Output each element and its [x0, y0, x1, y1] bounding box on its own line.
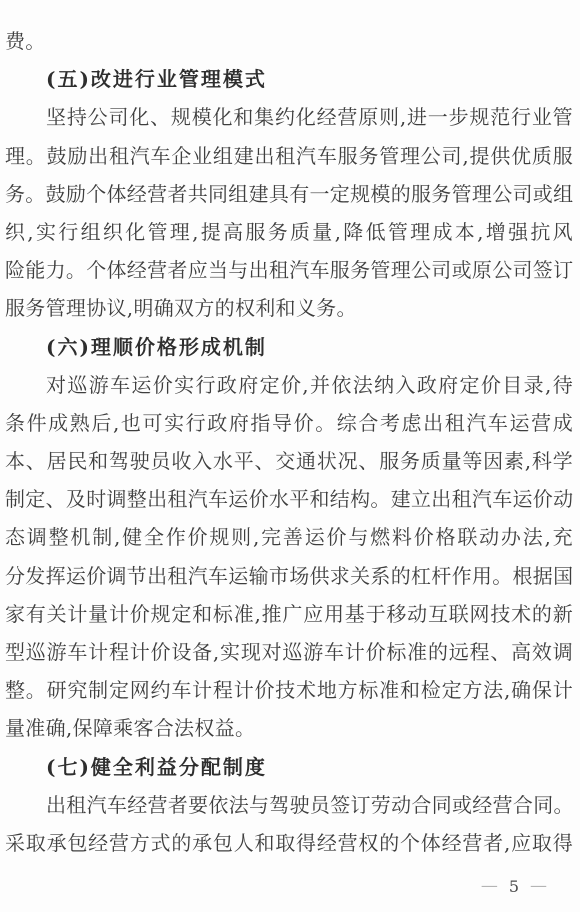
- text-line: 型巡游车计程计价设备,实现对巡游车计价标准的远程、高效调: [5, 633, 573, 671]
- text-line: 分发挥运价调节出租汽车运输市场供求关系的杠杆作用。根据国: [5, 557, 573, 595]
- text-line: 量准确,保障乘客合法权益。: [5, 709, 573, 747]
- footer-dash-left: —: [481, 876, 498, 896]
- document-page: 费。(五)改进行业管理模式坚持公司化、规模化和集约化经营原则,进一步规范行业管理…: [0, 0, 580, 912]
- text-line: 对巡游车运价实行政府定价,并依法纳入政府定价目录,待: [5, 366, 573, 404]
- text-line: 家有关计量计价规定和标准,推广应用基于移动互联网技术的新: [5, 595, 573, 633]
- text-line: 制定、及时调整出租汽车运价水平和结构。建立出租汽车运价动: [5, 480, 573, 518]
- text-line: 务。鼓励个体经营者共同组建具有一定规模的服务管理公司或组: [5, 175, 573, 213]
- section-heading: (五)改进行业管理模式: [5, 60, 573, 98]
- document-body: 费。(五)改进行业管理模式坚持公司化、规模化和集约化经营原则,进一步规范行业管理…: [5, 22, 573, 862]
- text-line: 费。: [5, 22, 573, 60]
- text-line: 坚持公司化、规模化和集约化经营原则,进一步规范行业管: [5, 98, 573, 136]
- text-line: 险能力。个体经营者应当与出租汽车服务管理公司或原公司签订: [5, 251, 573, 289]
- section-heading: (六)理顺价格形成机制: [5, 328, 573, 366]
- text-line: 整。研究制定网约车计程计价技术地方标准和检定方法,确保计: [5, 671, 573, 709]
- section-heading: (七)健全利益分配制度: [5, 748, 573, 786]
- text-line: 织,实行组织化管理,提高服务质量,降低管理成本,增强抗风: [5, 213, 573, 251]
- page-number: 5: [509, 877, 519, 896]
- footer-dash-right: —: [530, 876, 547, 896]
- text-line: 理。鼓励出租汽车企业组建出租汽车服务管理公司,提供优质服: [5, 137, 573, 175]
- text-line: 服务管理协议,明确双方的权利和义务。: [5, 289, 573, 327]
- text-line: 出租汽车经营者要依法与驾驶员签订劳动合同或经营合同。: [5, 786, 573, 824]
- text-line: 条件成熟后,也可实行政府指导价。综合考虑出租汽车运营成: [5, 404, 573, 442]
- page-footer: — 5 —: [481, 876, 547, 896]
- text-line: 态调整机制,健全作价规则,完善运价与燃料价格联动办法,充: [5, 518, 573, 556]
- text-line: 采取承包经营方式的承包人和取得经营权的个体经营者,应取得: [5, 824, 573, 862]
- text-line: 本、居民和驾驶员收入水平、交通状况、服务质量等因素,科学: [5, 442, 573, 480]
